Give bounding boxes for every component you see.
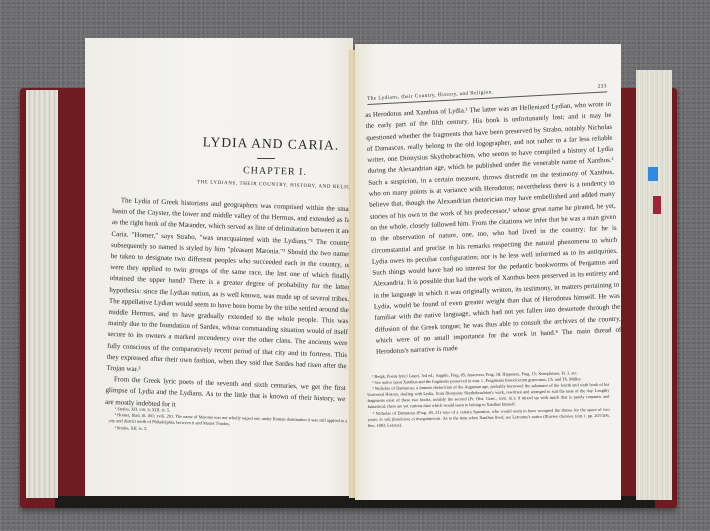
photo-scene: LYDIA AND CARIA. CHAPTER I. The Lydians,… [0,0,710,531]
paragraph: as Herodotus and Xanthus of Lydia.¹ The … [365,99,621,358]
chapter-subtitle: The Lydians, their Country, History, and… [135,178,353,193]
left-footnotes: ¹ Strabo, XII. viii. 3; XIII. iv. 5. ² H… [108,406,349,437]
paragraph: The Lydia of Greek historians and geogra… [106,195,353,383]
footnote: ⁴ Nicholas of Damascus (Frag. 49, 21) sa… [368,406,610,429]
right-page: The Lydians, their Country, History, and… [355,44,621,500]
chapter-heading: CHAPTER I. [175,163,353,179]
left-body-text: The Lydia of Greek historians and geogra… [105,195,353,417]
left-page: LYDIA AND CARIA. CHAPTER I. The Lydians,… [85,38,353,496]
bookmark-tab-red [653,196,661,214]
right-page-stack [636,70,672,500]
page-number: 233 [598,83,607,89]
running-head-title: The Lydians, their Country, History, and… [367,89,494,102]
title-ornament-rule [257,158,275,159]
right-body-text: as Herodotus and Xanthus of Lydia.¹ The … [365,99,621,358]
book-title: LYDIA AND CARIA. [171,133,353,154]
left-page-stack [26,90,58,498]
bookmark-tab-blue [648,167,658,181]
right-footnotes: ¹ Bergk, Poetæ lyrici Græci, 3rd ed.; Sa… [367,370,610,429]
